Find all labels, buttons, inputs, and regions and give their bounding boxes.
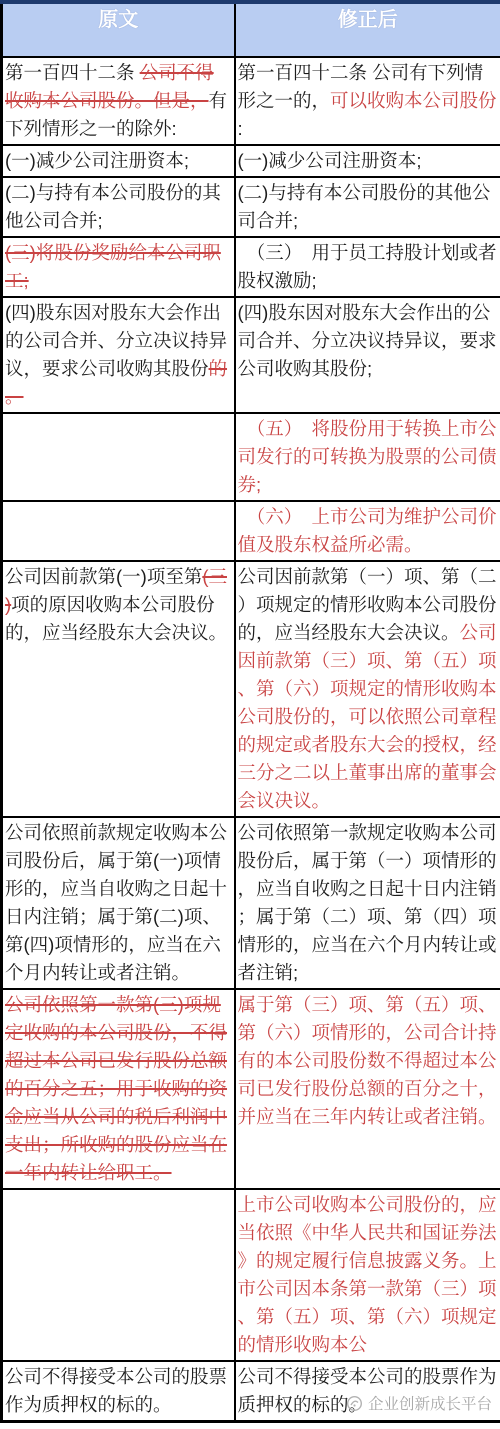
original-cell — [2, 413, 235, 501]
text-segment: 公司依照前款规定收购本公司股份后，属于第(一)项情形的，应当自收购之日起十日内注… — [5, 822, 227, 983]
column-header-revised: 修正后 — [235, 2, 500, 57]
revised-cell: 公司依照第一款规定收购本公司股份后，属于第（一）项情形的，应当自收购之日起十日内… — [235, 817, 500, 989]
revised-cell: 公司因前款第（一）项、第（二）项规定的情形收购本公司股份的，应当经股东大会决议。… — [235, 561, 500, 817]
table-row: 公司不得接受本公司的股票作为质押权的标的。公司不得接受本公司的股票作为质押权的标… — [2, 1361, 500, 1422]
law-comparison-page: 原文 修正后 第一百四十二条 公司不得收购本公司股份。但是，有下列情形之一的除外… — [0, 0, 500, 1423]
original-cell: 公司因前款第(一)项至第(三)项的原因收购本公司股份的，应当经股东大会决议。 — [2, 561, 235, 817]
table-row: 第一百四十二条 公司不得收购本公司股份。但是，有下列情形之一的除外:第一百四十二… — [2, 57, 500, 145]
revised-cell: （三） 用于员工持股计划或者股权激励; — [235, 237, 500, 297]
original-cell: 公司依照第一款第(三)项规定收购的本公司股份，不得超过本公司已发行股份总额的百分… — [2, 989, 235, 1189]
text-segment: (四)股东因对股东大会作出的公司合并、分立决议持异议，要求公司收购其股份 — [5, 302, 227, 379]
added-text: （六） 上市公司为维护公司价值及股东权益所必需。 — [238, 506, 497, 555]
text-segment: 公司依照第一款规定收购本公司股份后，属于第（一）项情形的，应当自收购之日起十日内… — [238, 822, 497, 983]
revised-cell: （五） 将股份用于转换上市公司发行的可转换为股票的公司债券; — [235, 413, 500, 501]
table-body: 第一百四十二条 公司不得收购本公司股份。但是，有下列情形之一的除外:第一百四十二… — [2, 57, 500, 1422]
revised-cell: （六） 上市公司为维护公司价值及股东权益所必需。 — [235, 501, 500, 561]
added-text: 公司因前款第（三）项、第（五）项、第（六）项规定的情形收购本公司股份的，可以依照… — [238, 622, 497, 811]
original-cell — [2, 501, 235, 561]
table-row: （六） 上市公司为维护公司价值及股东权益所必需。 — [2, 501, 500, 561]
text-segment: 第一百四十二条 — [5, 62, 140, 83]
text-segment: (一)减少公司注册资本; — [5, 150, 189, 171]
original-cell: (三)将股份奖励给本公司职工; — [2, 237, 235, 297]
added-text: 上市公司收购本公司股份的，应当依照《中华人民共和国证券法》的规定履行信息披露义务… — [238, 1194, 497, 1355]
text-segment: (二)与持有本公司股份的其他公司合并; — [238, 182, 491, 231]
original-cell: 第一百四十二条 公司不得收购本公司股份。但是，有下列情形之一的除外: — [2, 57, 235, 145]
revised-cell: (一)减少公司注册资本; — [235, 145, 500, 177]
added-text: 可以收购本公司股份 — [330, 90, 497, 111]
text-segment: 公司不得接受本公司的股票作为质押权的标的。 — [5, 1366, 227, 1415]
law-comparison-table: 原文 修正后 第一百四十二条 公司不得收购本公司股份。但是，有下列情形之一的除外… — [0, 0, 500, 1423]
table-row: 公司因前款第(一)项至第(三)项的原因收购本公司股份的，应当经股东大会决议。公司… — [2, 561, 500, 817]
added-text: 属于第（三）项、第（五）项、第（六）项情形的，公司合计持有的本公司股份数不得超过… — [238, 994, 497, 1127]
text-segment: (二)与持有本公司股份的其他公司合并; — [5, 182, 221, 231]
table-row: (三)将股份奖励给本公司职工; （三） 用于员工持股计划或者股权激励; — [2, 237, 500, 297]
added-text: （五） 将股份用于转换上市公司发行的可转换为股票的公司债券; — [238, 418, 497, 495]
table-row: (一)减少公司注册资本;(一)减少公司注册资本; — [2, 145, 500, 177]
deleted-text: (三)将股份奖励给本公司职工; — [5, 242, 221, 291]
original-cell: 公司依照前款规定收购本公司股份后，属于第(一)项情形的，应当自收购之日起十日内注… — [2, 817, 235, 989]
text-segment: (一)减少公司注册资本; — [238, 150, 422, 171]
text-segment: : — [238, 118, 243, 139]
table-row: 上市公司收购本公司股份的，应当依照《中华人民共和国证券法》的规定履行信息披露义务… — [2, 1189, 500, 1361]
table-row: （五） 将股份用于转换上市公司发行的可转换为股票的公司债券; — [2, 413, 500, 501]
table-row: 公司依照第一款第(三)项规定收购的本公司股份，不得超过本公司已发行股份总额的百分… — [2, 989, 500, 1189]
text-segment: 公司不得接受本公司的股票作为质押权的标的。 — [238, 1366, 497, 1415]
text-segment: （三） 用于员工持股计划或者股权激励; — [238, 242, 497, 291]
text-segment: 公司因前款第(一)项至第 — [5, 566, 202, 587]
text-segment: 项的原因收购本公司股份的，应当经股东大会决议。 — [5, 594, 227, 643]
table-row: (二)与持有本公司股份的其他公司合并;(二)与持有本公司股份的其他公司合并; — [2, 177, 500, 237]
table-row: 公司依照前款规定收购本公司股份后，属于第(一)项情形的，应当自收购之日起十日内注… — [2, 817, 500, 989]
column-header-original: 原文 — [2, 2, 235, 57]
original-cell: (四)股东因对股东大会作出的公司合并、分立决议持异议，要求公司收购其股份的。 — [2, 297, 235, 413]
revised-cell: 第一百四十二条 公司有下列情形之一的，可以收购本公司股份: — [235, 57, 500, 145]
table-row: (四)股东因对股东大会作出的公司合并、分立决议持异议，要求公司收购其股份的。(四… — [2, 297, 500, 413]
original-cell: (一)减少公司注册资本; — [2, 145, 235, 177]
revised-cell: 公司不得接受本公司的股票作为质押权的标的。 — [235, 1361, 500, 1422]
original-cell: (二)与持有本公司股份的其他公司合并; — [2, 177, 235, 237]
original-cell — [2, 1189, 235, 1361]
revised-cell: (四)股东因对股东大会作出的公司合并、分立决议持异议，要求公司收购其股份; — [235, 297, 500, 413]
revised-cell: 上市公司收购本公司股份的，应当依照《中华人民共和国证券法》的规定履行信息披露义务… — [235, 1189, 500, 1361]
text-segment: 公司因前款第（一）项、第（二）项规定的情形收购本公司股份的，应当经股东大会决议。 — [238, 566, 497, 643]
revised-cell: (二)与持有本公司股份的其他公司合并; — [235, 177, 500, 237]
text-segment: (四)股东因对股东大会作出的公司合并、分立决议持异议，要求公司收购其股份; — [238, 302, 497, 379]
header-row: 原文 修正后 — [2, 2, 500, 57]
deleted-text: 公司依照第一款第(三)项规定收购的本公司股份，不得超过本公司已发行股份总额的百分… — [5, 994, 227, 1183]
original-cell: 公司不得接受本公司的股票作为质押权的标的。 — [2, 1361, 235, 1422]
revised-cell: 属于第（三）项、第（五）项、第（六）项情形的，公司合计持有的本公司股份数不得超过… — [235, 989, 500, 1189]
